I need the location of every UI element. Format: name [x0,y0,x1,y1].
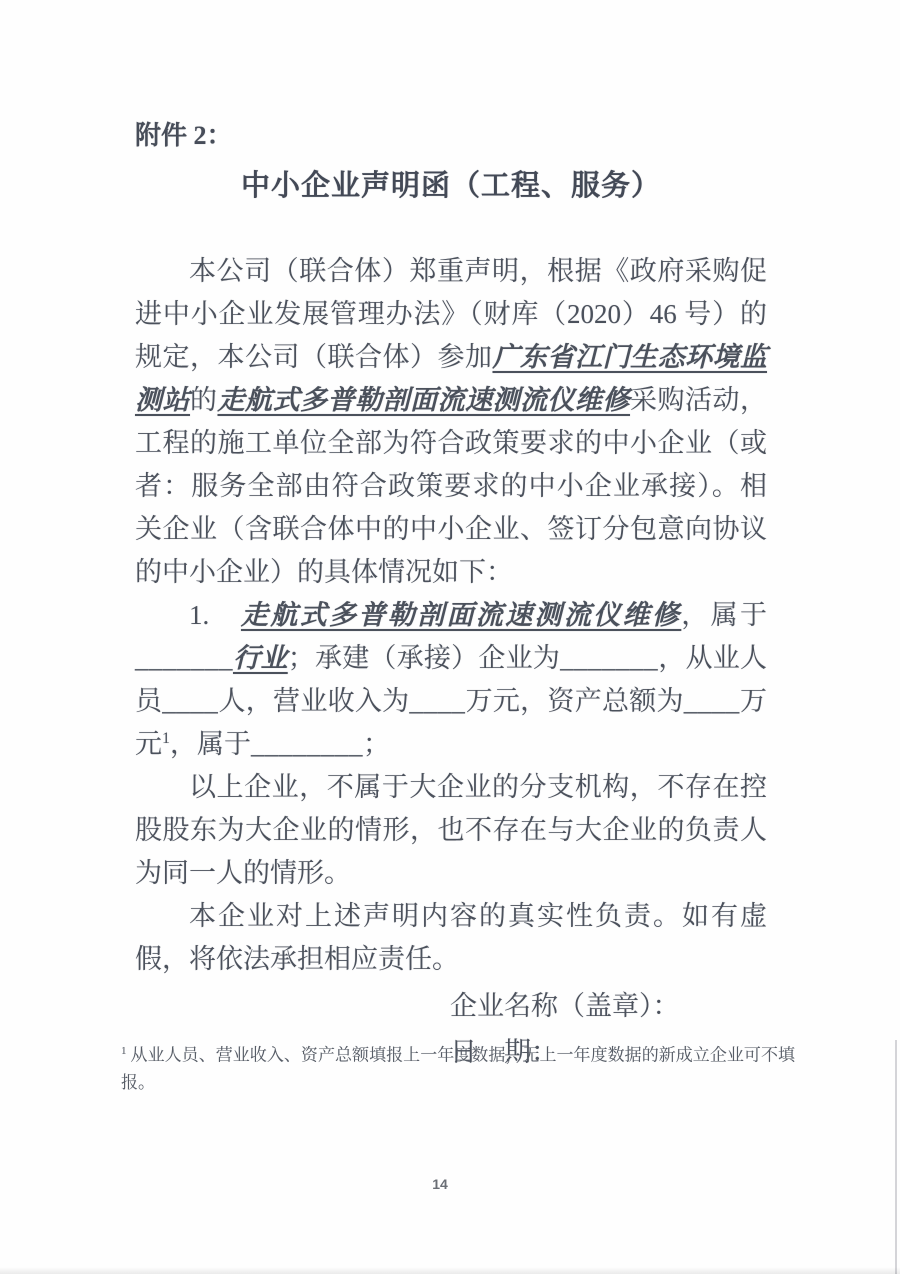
industry-word: 行业 [233,643,288,673]
type-blank-field: ________ [251,729,363,759]
footnote-marker: 1 [121,1045,127,1057]
item-text-2: ；承建（承接）企业为 [288,643,560,673]
declaration-text-2: 的 [190,385,218,415]
footnote: 1从业人员、营业收入、资产总额填报上一年度数据，无上一年度数据的新成立企业可不填… [121,1038,795,1096]
staff-blank-field: ____ [162,686,218,716]
item-project-name: 走航式多普勒剖面流速测流仪维修 [241,600,681,630]
attachment-label: 附件 2： [135,120,767,152]
declaration-text-3: 采购活动，工程的施工单位全部为符合政策要求的中小企业（或者：服务全部由符合政策要… [135,385,767,587]
paragraph-item-1: 1. 走航式多普勒剖面流速测流仪维修，属于_______行业；承建（承接）企业为… [135,594,767,766]
document-title: 中小企业声明函（工程、服务） [135,168,767,204]
assets-blank-field: ____ [684,686,740,716]
project-name: 走航式多普勒剖面流速测流仪维修 [218,385,631,415]
paragraph-no-affiliation: 以上企业，不属于大企业的分支机构，不存在控股股东为大企业的情形，也不存在与大企业… [135,766,767,895]
item-text-1: ，属于 [681,600,767,630]
document-page: 附件 2： 中小企业声明函（工程、服务） 本公司（联合体）郑重声明，根据《政府采… [0,0,900,1274]
footnote-reference: 1 [162,730,170,747]
scan-edge-right [895,1040,897,1274]
paragraph-responsibility: 本企业对上述声明内容的真实性负责。如有虚假，将依法承担相应责任。 [135,895,767,981]
item-text-5: 万元，资产总额为 [465,686,683,716]
item-text-4: 人，营业收入为 [218,686,409,716]
scan-edge-bottom [0,1267,900,1274]
footnote-text: 从业人员、营业收入、资产总额填报上一年度数据，无上一年度数据的新成立企业可不填报… [121,1046,795,1092]
item-text-7: ，属于 [170,729,251,759]
paragraph-declaration: 本公司（联合体）郑重声明，根据《政府采购促进中小企业发展管理办法》（财库（202… [135,250,767,594]
company-blank-field: _______ [560,643,658,673]
page-number: 14 [0,1176,880,1192]
item-number: 1. [189,600,241,630]
document-content: 附件 2： 中小企业声明函（工程、服务） 本公司（联合体）郑重声明，根据《政府采… [135,120,767,1075]
item-text-8: ； [363,729,390,759]
company-seal-line: 企业名称（盖章）： [450,983,767,1029]
industry-blank-field: _______ [135,643,233,673]
revenue-blank-field: ____ [409,686,465,716]
